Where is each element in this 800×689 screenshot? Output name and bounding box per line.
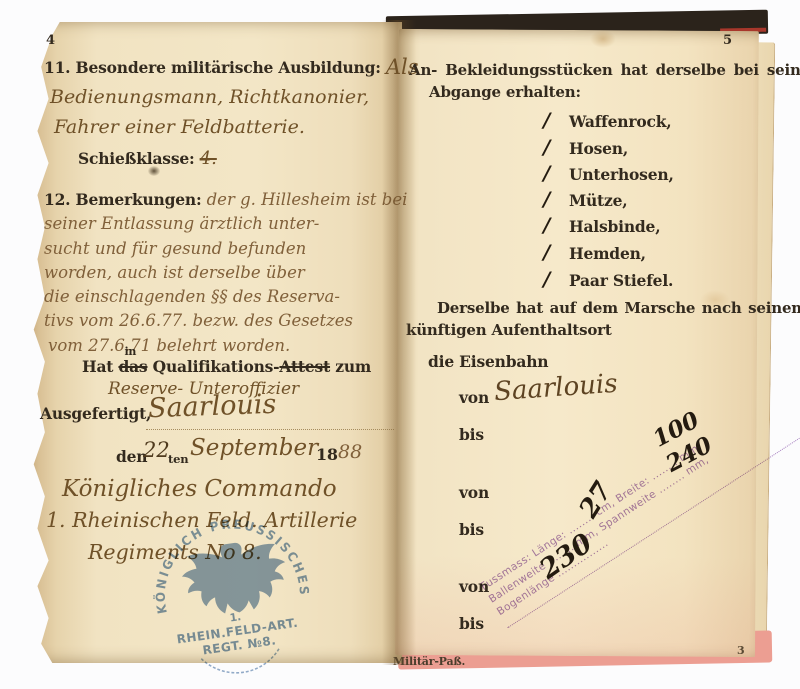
route-label: bis — [459, 520, 484, 539]
date-year-printed: 18 — [316, 445, 338, 464]
hand-date-year: 88 — [338, 441, 362, 463]
hand-training-line-1: Bedienungsmann, Richtkanonier, — [50, 86, 369, 108]
clothing-intro-line-2: Abgange erhalten: — [429, 83, 581, 101]
hand-remarks-line: tivs vom 26.6.77. bezw. des Gesetzes — [44, 311, 353, 330]
hand-signature-line-1: Königliches Commando — [62, 476, 337, 502]
qualification-word-qualifikations: Qualifikations- — [153, 357, 280, 376]
qualification-inserted-in: in — [124, 345, 136, 358]
prussian-eagle-icon — [178, 536, 291, 619]
clothing-item-label: Hemden, — [569, 244, 646, 263]
hand-remarks-line: vom 27.6.71 belehrt worden. — [48, 336, 290, 355]
militaer-pass-photo: 4 11. Besondere militärische Ausbildung:… — [0, 0, 800, 689]
footer-sheet-number: 3 — [737, 644, 744, 657]
qualification-word-hat: Hat — [82, 357, 113, 376]
hand-remarks-line: seiner Entlassung ärztlich unter- — [44, 214, 319, 233]
clothing-item-label: Mütze, — [569, 191, 627, 210]
qualification-word-zum: zum — [335, 357, 371, 376]
route-label: von — [459, 483, 489, 502]
left-page-number: 4 — [46, 33, 55, 48]
hand-tally-mark: / — [543, 161, 550, 185]
date-suffix-ten: ten — [168, 452, 188, 466]
field-11-label: 11. Besondere militärische Ausbildung: — [44, 58, 381, 77]
hand-issued-place: Saarlouis — [147, 389, 276, 424]
booklet-footer-title: Militär-Paß. — [393, 655, 465, 668]
clothing-intro-line-1: An- Bekleidungsstücken hat derselbe bei … — [409, 61, 800, 79]
hand-tally-mark: / — [543, 267, 550, 291]
field-12-label: 12. Bemerkungen: — [44, 190, 202, 209]
railway-label: die Eisenbahn — [428, 352, 548, 371]
route-label: von — [459, 388, 489, 407]
hand-tally-mark: / — [543, 213, 550, 237]
hand-shooting-class-value: 4. — [200, 148, 217, 169]
hand-tally-mark: / — [543, 240, 550, 264]
hand-remarks-line: worden, auch ist derselbe über — [44, 263, 305, 282]
right-page-number: 5 — [723, 33, 732, 48]
hand-date-month: September — [190, 435, 318, 461]
hand-tally-mark: / — [543, 187, 550, 211]
shooting-class-label: Schießklasse: — [78, 149, 195, 168]
route-label: bis — [459, 614, 484, 633]
hand-tally-mark: / — [543, 135, 550, 159]
clothing-item-label: Waffenrock, — [569, 112, 671, 131]
clothing-item-label: Hosen, — [569, 139, 628, 158]
march-line-1: Derselbe hat auf dem Marsche nach seinem — [437, 299, 800, 317]
issued-place-ruled-line — [146, 428, 394, 430]
stamp-center-line-1: 1. — [229, 610, 242, 624]
hand-remarks-line: sucht und für gesund befunden — [44, 239, 306, 258]
clothing-item-label: Unterhosen, — [569, 165, 674, 184]
qualification-struck-das: dasin — [118, 357, 147, 376]
hand-date-day: 22 — [143, 438, 170, 462]
march-line-2: künftigen Aufenthaltsort — [406, 321, 612, 339]
clothing-item-label: Halsbinde, — [569, 217, 660, 236]
qualification-struck-attest: Attest — [279, 357, 330, 376]
hand-training-line-2: Fahrer einer Feldbatterie. — [54, 116, 305, 138]
hand-remarks-line: die einschlagenden §§ des Reserva- — [44, 287, 340, 306]
hand-tally-mark: / — [543, 108, 550, 132]
clothing-item-label: Paar Stiefel. — [569, 271, 673, 290]
issued-label: Ausgefertigt, — [40, 404, 151, 423]
hand-remarks-inline: der g. Hillesheim ist bei — [207, 190, 408, 209]
royal-regiment-stamp: KÖNIGLICH PREUSSISCHES 1. RHEIN.FELD-ART… — [139, 500, 324, 685]
route-label: bis — [459, 425, 484, 444]
